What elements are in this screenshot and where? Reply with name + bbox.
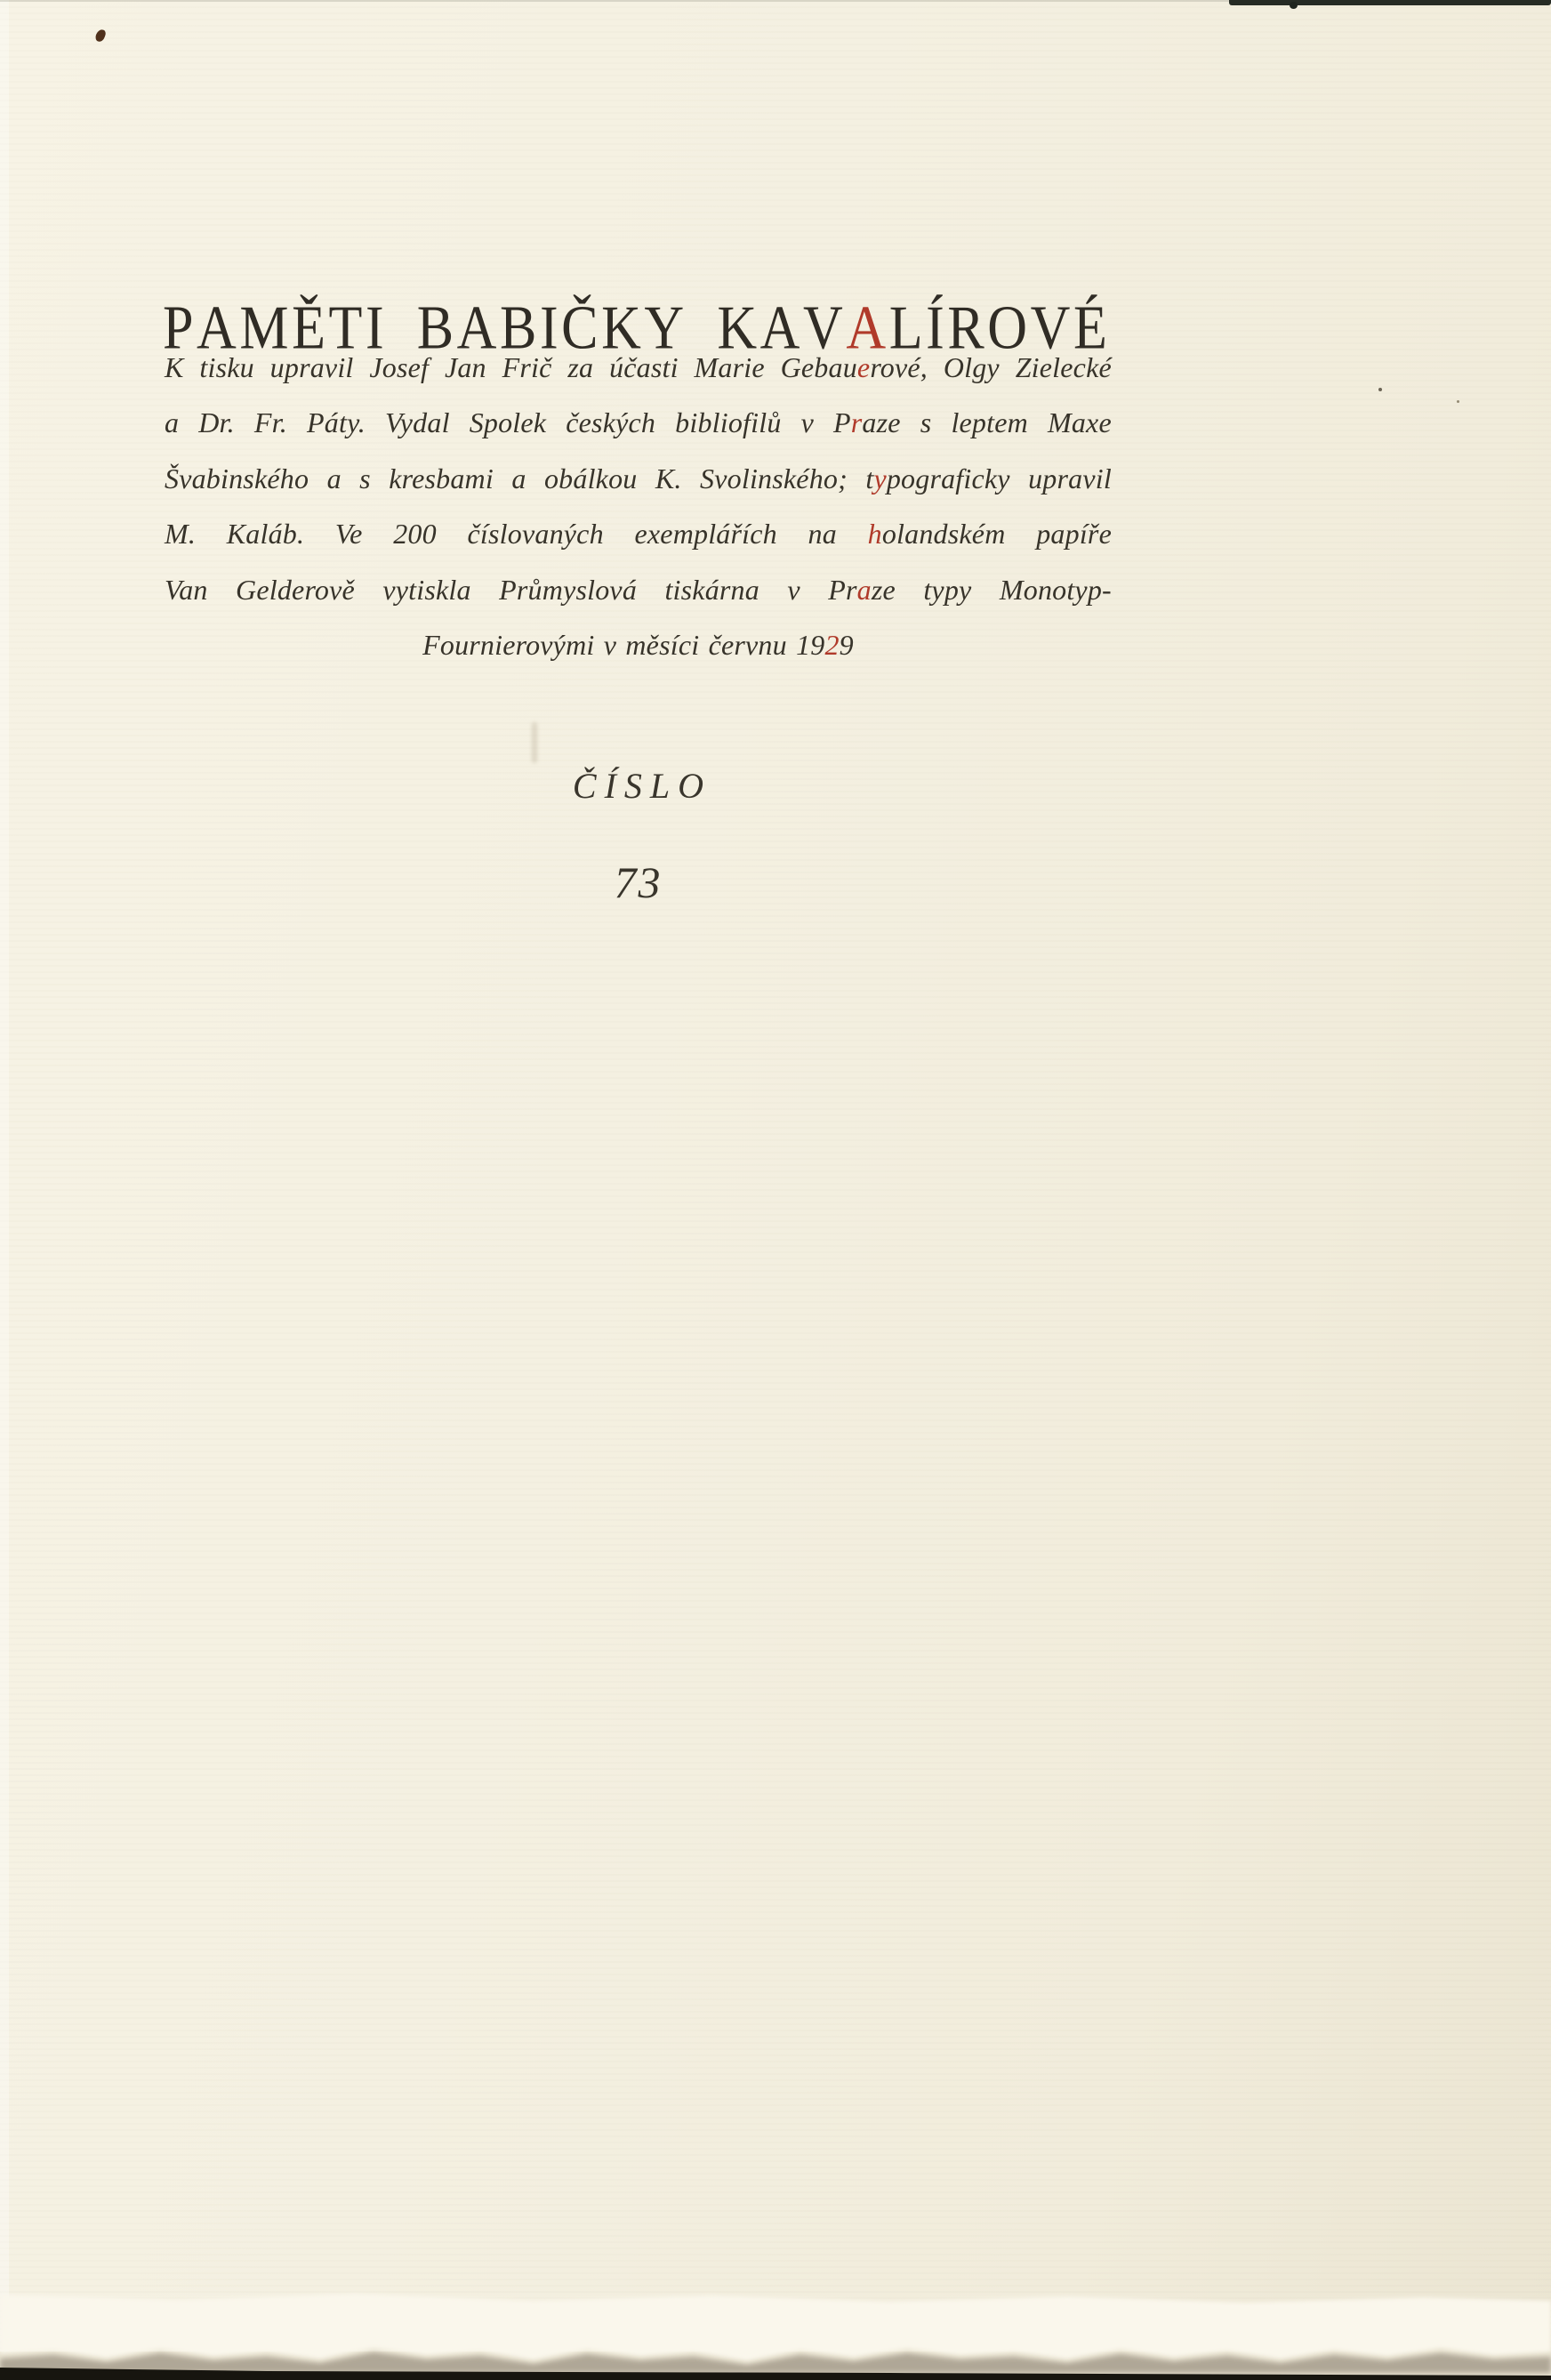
word: v	[787, 574, 800, 607]
word: účasti	[609, 351, 679, 384]
colophon-line: KtiskuupravilJosefJanFričzaúčastiMarieGe…	[165, 351, 1112, 406]
word: Monotyp-	[1000, 574, 1112, 607]
word: a	[327, 462, 342, 495]
word: Fr.	[254, 406, 287, 439]
word: a	[165, 406, 179, 439]
word: Zielecké	[1016, 351, 1112, 384]
word: Vydal	[385, 406, 450, 439]
word: Frič	[502, 351, 552, 384]
word: upravil	[270, 351, 354, 384]
word: exemplářích	[634, 518, 776, 551]
word: Gebauerové,	[781, 351, 928, 384]
top-right-scan-strip	[1229, 0, 1551, 5]
word: Praze	[833, 406, 901, 439]
word: holandském	[868, 518, 1006, 551]
word: leptem	[951, 406, 1028, 439]
word: bibliofilů	[675, 406, 781, 439]
scanned-book-page: PAMĚTIBABIČKYKAVALÍROVÉ KtiskuupravilJos…	[0, 0, 1551, 2380]
word: s	[359, 462, 371, 495]
word: Spolek	[470, 406, 547, 439]
word: českých	[566, 406, 655, 439]
word: Průmyslová	[499, 574, 637, 607]
colophon-line: ŠvabinskéhoaskresbamiaobálkouK.Svolinské…	[165, 462, 1112, 518]
word: na	[808, 518, 837, 551]
word: K.	[655, 462, 682, 495]
deckle-fuzz	[0, 2294, 1551, 2360]
colophon-line: M.Kaláb.Ve200číslovanýchexempláříchnahol…	[165, 518, 1112, 573]
word: papíře	[1036, 518, 1112, 551]
word: Ve	[335, 518, 363, 551]
colophon-line: aDr.Fr.Páty.VydalSpolekčeskýchbibliofilů…	[165, 406, 1112, 462]
colophon-line: Fournierovýmivměsícičervnu1929	[165, 629, 1112, 684]
word: kresbami	[389, 462, 494, 495]
word: 200	[393, 518, 437, 551]
paper-speck-top-left	[94, 28, 107, 43]
word: Olgy	[944, 351, 1000, 384]
word: v	[801, 406, 814, 439]
word: za	[567, 351, 593, 384]
left-edge-highlight	[0, 0, 9, 2380]
word: Gelderově	[236, 574, 355, 607]
word: vytiskla	[382, 574, 470, 607]
top-scan-speck	[1290, 2, 1298, 9]
word: obálkou	[544, 462, 638, 495]
word: Švabinského	[165, 462, 309, 495]
word: Páty.	[307, 406, 366, 439]
word: typograficky	[865, 462, 1009, 495]
word: typy	[923, 574, 971, 607]
word: a	[511, 462, 526, 495]
word: Josef	[369, 351, 429, 384]
word: K	[165, 351, 184, 384]
word: Kaláb.	[227, 518, 304, 551]
word: Jan	[445, 351, 486, 384]
word: tiskárna	[664, 574, 759, 607]
word: Svolinského;	[700, 462, 848, 495]
colophon-lines: KtiskuupravilJosefJanFričzaúčastiMarieGe…	[165, 351, 1112, 684]
paper-smudge	[532, 722, 537, 763]
word: Fournierovými	[422, 629, 594, 662]
word: měsíci	[625, 629, 699, 662]
word: Maxe	[1048, 406, 1112, 439]
colophon-line: VanGelderověvytisklaPrůmyslovátiskárnavP…	[165, 574, 1112, 629]
word: tisku	[199, 351, 253, 384]
edition-number-label: ČÍSLO	[165, 767, 1112, 806]
word: upravil	[1028, 462, 1112, 495]
word: M.	[165, 518, 196, 551]
copy-number: 73	[165, 858, 1112, 906]
deckle-edge	[0, 2273, 1551, 2380]
word: s	[920, 406, 932, 439]
word: červnu	[709, 629, 787, 662]
word: Praze	[828, 574, 896, 607]
word: Dr.	[198, 406, 235, 439]
word: číslovaných	[468, 518, 604, 551]
paper-speck-right-2	[1457, 400, 1459, 403]
word: Van	[165, 574, 208, 607]
word: 1929	[796, 629, 854, 662]
word: v	[604, 629, 616, 662]
word: Marie	[695, 351, 765, 384]
paper-speck-right-1	[1378, 388, 1382, 391]
